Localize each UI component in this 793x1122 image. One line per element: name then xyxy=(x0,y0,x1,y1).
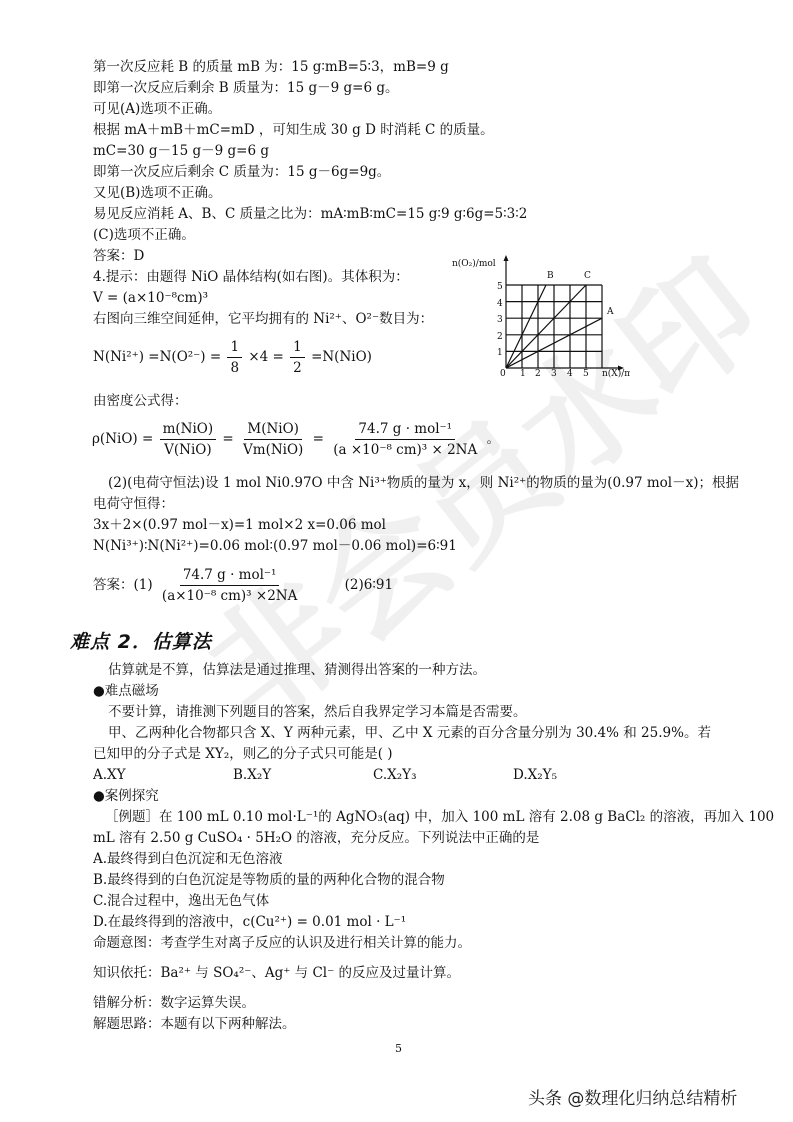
svg-text:5: 5 xyxy=(583,369,589,379)
option-b: B.最终得到的白色沉淀是等物质的量的两种化合物的混合物 xyxy=(93,871,445,889)
answer-label: 答案：(1) xyxy=(93,577,153,593)
svg-text:1: 1 xyxy=(497,348,503,358)
option-a: A.XY xyxy=(93,766,233,784)
answer-part2: (2)6∶91 xyxy=(345,577,393,593)
text-line: 由密度公式得： xyxy=(93,392,188,410)
series-b-line xyxy=(506,285,546,368)
text-line: 又见(B)选项不正确。 xyxy=(93,184,221,202)
text-line: 第一次反应耗 B 的质量 mB 为：15 g∶mB=5∶3，mB=9 g xyxy=(93,58,449,76)
denominator: V(NiO) xyxy=(161,440,214,459)
formula-part: ρ(NiO) = xyxy=(92,431,153,447)
formula-part: 。 xyxy=(487,431,501,447)
text-line: 已知甲的分子式是 XY₂，则乙的分子式只可能是( ) xyxy=(93,745,393,763)
formula-n-nio: N(Ni²⁺) =N(O²⁻) = 1 8 ×4 = 1 2 =N(NiO) xyxy=(93,338,372,377)
text-line: 易见反应消耗 A、B、C 质量之比为：mA∶mB∶mC=15 g∶9 g∶6g=… xyxy=(93,205,527,223)
x-axis-label: n(X)/mol xyxy=(602,368,630,379)
numerator: m(NiO) xyxy=(160,420,217,440)
formula-part: N(Ni²⁺) =N(O²⁻) = xyxy=(93,349,221,365)
svg-text:C: C xyxy=(584,271,591,281)
fraction: 74.7 g · mol⁻¹ (a ×10⁻⁸ cm)³ × 2NA xyxy=(330,420,480,459)
numerator: 1 xyxy=(290,338,305,358)
answer-line: 答案：(1) 74.7 g · mol⁻¹ (a×10⁻⁸ cm)³ ×2NA … xyxy=(93,566,393,605)
svg-text:5: 5 xyxy=(497,282,503,292)
fraction: 74.7 g · mol⁻¹ (a×10⁻⁸ cm)³ ×2NA xyxy=(159,566,300,605)
numerator: 1 xyxy=(227,338,242,358)
fraction: M(NiO) Vm(NiO) xyxy=(240,420,306,459)
svg-text:4: 4 xyxy=(497,299,503,309)
text-line: V = (a×10⁻⁸cm)³ xyxy=(93,289,208,307)
text-line: 即第一次反应后剩余 C 质量为：15 g－6g=9g。 xyxy=(93,163,390,181)
option-b: B.X₂Y xyxy=(233,766,373,784)
fraction: m(NiO) V(NiO) xyxy=(160,420,217,459)
subsection-heading: ●难点磁场 xyxy=(93,682,159,700)
text-line: 知识依托：Ba²⁺ 与 SO₄²⁻、Ag⁺ 与 Cl⁻ 的反应及过量计算。 xyxy=(93,964,460,982)
text-line: 即第一次反应后剩余 B 质量为：15 g－9 g=6 g。 xyxy=(93,79,398,97)
formula-part: ×4 = xyxy=(248,349,284,365)
text-line: mL 溶有 2.50 g CuSO₄ · 5H₂O 的溶液，充分反应。下列说法中… xyxy=(93,829,539,847)
options-row: A.XYB.X₂YC.X₂Y₃D.X₂Y₅ xyxy=(93,766,653,784)
chart-o2-vs-x: n(O₂)/mol n(X)/mol 0 1 2 3 4 5 1 2 3 4 5… xyxy=(450,252,630,386)
denominator: (a ×10⁻⁸ cm)³ × 2NA xyxy=(330,440,480,459)
fraction: 1 8 xyxy=(227,338,242,377)
svg-text:1: 1 xyxy=(520,369,526,379)
text-line: 命题意图：考查学生对离子反应的认识及进行相关计算的能力。 xyxy=(93,934,471,952)
svg-text:A: A xyxy=(606,307,614,317)
text-line: 甲、乙两种化合物都只含 X、Y 两种元素，甲、乙中 X 元素的百分含量分别为 3… xyxy=(108,724,711,742)
y-axis-label: n(O₂)/mol xyxy=(452,258,496,269)
text-line: 根据 mA＋mB＋mC=mD ，可知生成 30 g D 时消耗 C 的质量。 xyxy=(93,121,494,139)
text-line: 可见(A)选项不正确。 xyxy=(93,100,221,118)
section-title: 难点 2．估算法 xyxy=(70,627,212,654)
text-line: 右图向三维空间延伸，它平均拥有的 Ni²⁺、O²⁻数目为： xyxy=(93,310,433,328)
denominator: (a×10⁻⁸ cm)³ ×2NA xyxy=(159,586,300,605)
numerator: M(NiO) xyxy=(244,420,302,440)
numerator: 74.7 g · mol⁻¹ xyxy=(180,566,280,586)
denominator: 2 xyxy=(290,358,305,377)
svg-text:3: 3 xyxy=(497,315,503,325)
text-line: N(Ni³⁺)∶N(Ni²⁺)=0.06 mol∶(0.97 mol－0.06 … xyxy=(93,537,457,555)
page-number: 5 xyxy=(395,1042,402,1055)
text-line: 解题思路：本题有以下两种解法。 xyxy=(93,1015,296,1033)
denominator: Vm(NiO) xyxy=(240,440,306,459)
series-c-line xyxy=(506,285,586,368)
text-line: 不要计算，请推测下列题目的答案，然后自我界定学习本篇是否需要。 xyxy=(108,703,527,721)
denominator: 8 xyxy=(227,358,242,377)
text-line: 3x＋2×(0.97 mol－x)=1 mol×2 x=0.06 mol xyxy=(93,516,386,534)
formula-density: ρ(NiO) = m(NiO) V(NiO) = M(NiO) Vm(NiO) … xyxy=(92,420,500,459)
svg-text:0: 0 xyxy=(500,369,506,379)
text-line: 估算就是不算，估算法是通过推理、猜测得出答案的一种方法。 xyxy=(108,661,486,679)
option-c: C.X₂Y₃ xyxy=(373,766,513,784)
text-line: 答案：D xyxy=(93,247,144,265)
option-c: C.混合过程中，逸出无色气体 xyxy=(93,892,269,910)
option-d: D.X₂Y₅ xyxy=(513,766,653,784)
text-line: (C)选项不正确。 xyxy=(93,226,195,244)
text-line: mC=30 g－15 g－9 g=6 g xyxy=(93,142,269,160)
svg-text:2: 2 xyxy=(535,369,541,379)
subsection-heading: ●案例探究 xyxy=(93,787,159,805)
fraction: 1 2 xyxy=(290,338,305,377)
option-a: A.最终得到白色沉淀和无色溶液 xyxy=(93,850,283,868)
numerator: 74.7 g · mol⁻¹ xyxy=(355,420,455,440)
svg-text:2: 2 xyxy=(497,332,503,342)
svg-text:4: 4 xyxy=(567,369,573,379)
text-line: 错解分析：数字运算失误。 xyxy=(93,994,255,1012)
source-watermark: 头条 @数理化归纳总结精析 xyxy=(528,1084,737,1109)
svg-text:B: B xyxy=(547,271,554,281)
text-line: (2)(电荷守恒法)设 1 mol Ni0.97O 中含 Ni³⁺物质的量为 x… xyxy=(108,474,739,492)
option-d: D.在最终得到的溶液中，c(Cu²⁺) = 0.01 mol · L⁻¹ xyxy=(93,913,406,931)
formula-part: =N(NiO) xyxy=(311,349,372,365)
svg-text:3: 3 xyxy=(551,369,557,379)
text-line: 电荷守恒得： xyxy=(93,495,174,513)
line-chart: n(O₂)/mol n(X)/mol 0 1 2 3 4 5 1 2 3 4 5… xyxy=(450,252,630,382)
text-line: ［例题］在 100 mL 0.10 mol·L⁻¹的 AgNO₃(aq) 中，加… xyxy=(105,808,774,826)
text-line: 4.提示：由题得 NiO 晶体结构(如右图)。其体积为： xyxy=(93,268,409,286)
